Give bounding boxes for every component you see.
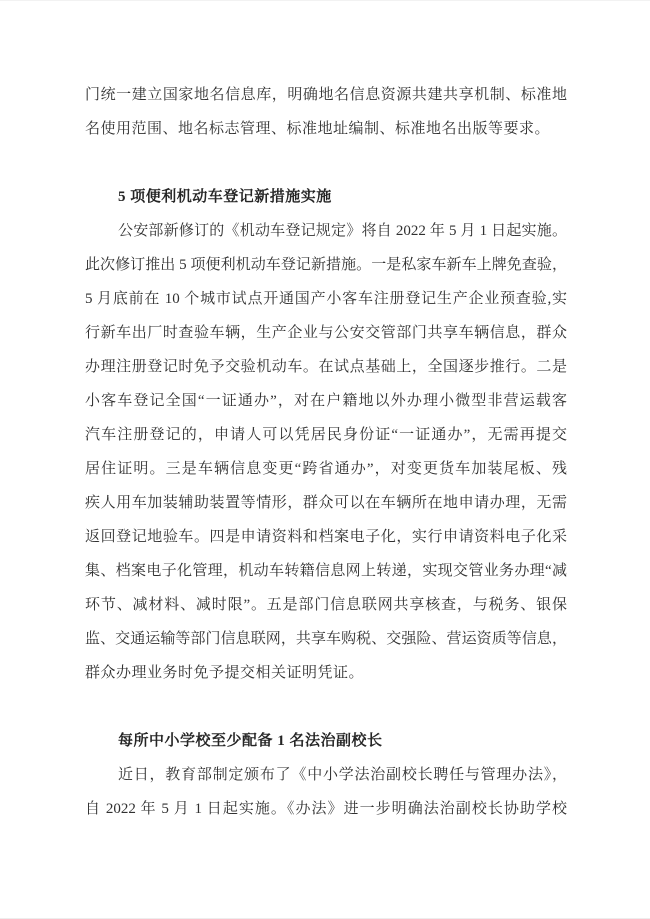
- text-line: 集、档案电子化管理，机动车转籍信息网上转递，实现交管业务办理“减: [85, 554, 567, 588]
- text-line: 近日，教育部制定颁布了《中小学法治副校长聘任与管理办法》，: [85, 758, 567, 792]
- text-line: 自 2022 年 5 月 1 日起实施。《办法》进一步明确法治副校长协助学校: [85, 792, 567, 826]
- text-line: 办理注册登记时免予交验机动车。在试点基础上，全国逐步推行。二是: [85, 350, 567, 384]
- text-line: 环节、减材料、减时限”。五是部门信息联网共享核查，与税务、银保: [85, 588, 567, 622]
- document-text-area: 门统一建立国家地名信息库，明确地名信息资源共建共享机制、标准地名使用范围、地名标…: [85, 78, 567, 826]
- text-line: 5 月底前在 10 个城市试点开通国产小客车注册登记生产企业预查验,实: [85, 282, 567, 316]
- text-line: 居住证明。三是车辆信息变更“跨省通办”，对变更货车加装尾板、残: [85, 452, 567, 486]
- document-page: 门统一建立国家地名信息库，明确地名信息资源共建共享机制、标准地名使用范围、地名标…: [0, 0, 650, 919]
- heading-vehicle-registration: 5 项便利机动车登记新措施实施: [85, 180, 567, 214]
- text-line: 小客车登记全国“一证通办”，对在户籍地以外办理小微型非营运载客: [85, 384, 567, 418]
- text-line: 名使用范围、地名标志管理、标准地址编制、标准地名出版等要求。: [85, 112, 567, 146]
- text-line: 疾人用车加装辅助装置等情形，群众可以在车辆所在地申请办理，无需: [85, 486, 567, 520]
- text-line: 此次修订推出 5 项便利机动车登记新措施。一是私家车新车上牌免查验，: [85, 248, 567, 282]
- text-line: 门统一建立国家地名信息库，明确地名信息资源共建共享机制、标准地: [85, 78, 567, 112]
- heading-school-legal-vice-principal: 每所中小学校至少配备 1 名法治副校长: [85, 724, 567, 758]
- text-line: 返回登记地验车。四是申请资料和档案电子化，实行申请资料电子化采: [85, 520, 567, 554]
- text-line: 群众办理业务时免予提交相关证明凭证。: [85, 656, 567, 690]
- text-line: 行新车出厂时查验车辆，生产企业与公安交管部门共享车辆信息，群众: [85, 316, 567, 350]
- text-line: 汽车注册登记的，申请人可以凭居民身份证“一证通办”，无需再提交: [85, 418, 567, 452]
- text-line: 监、交通运输等部门信息联网，共享车购税、交强险、营运资质等信息，: [85, 622, 567, 656]
- text-line: 公安部新修订的《机动车登记规定》将自 2022 年 5 月 1 日起实施。: [85, 214, 567, 248]
